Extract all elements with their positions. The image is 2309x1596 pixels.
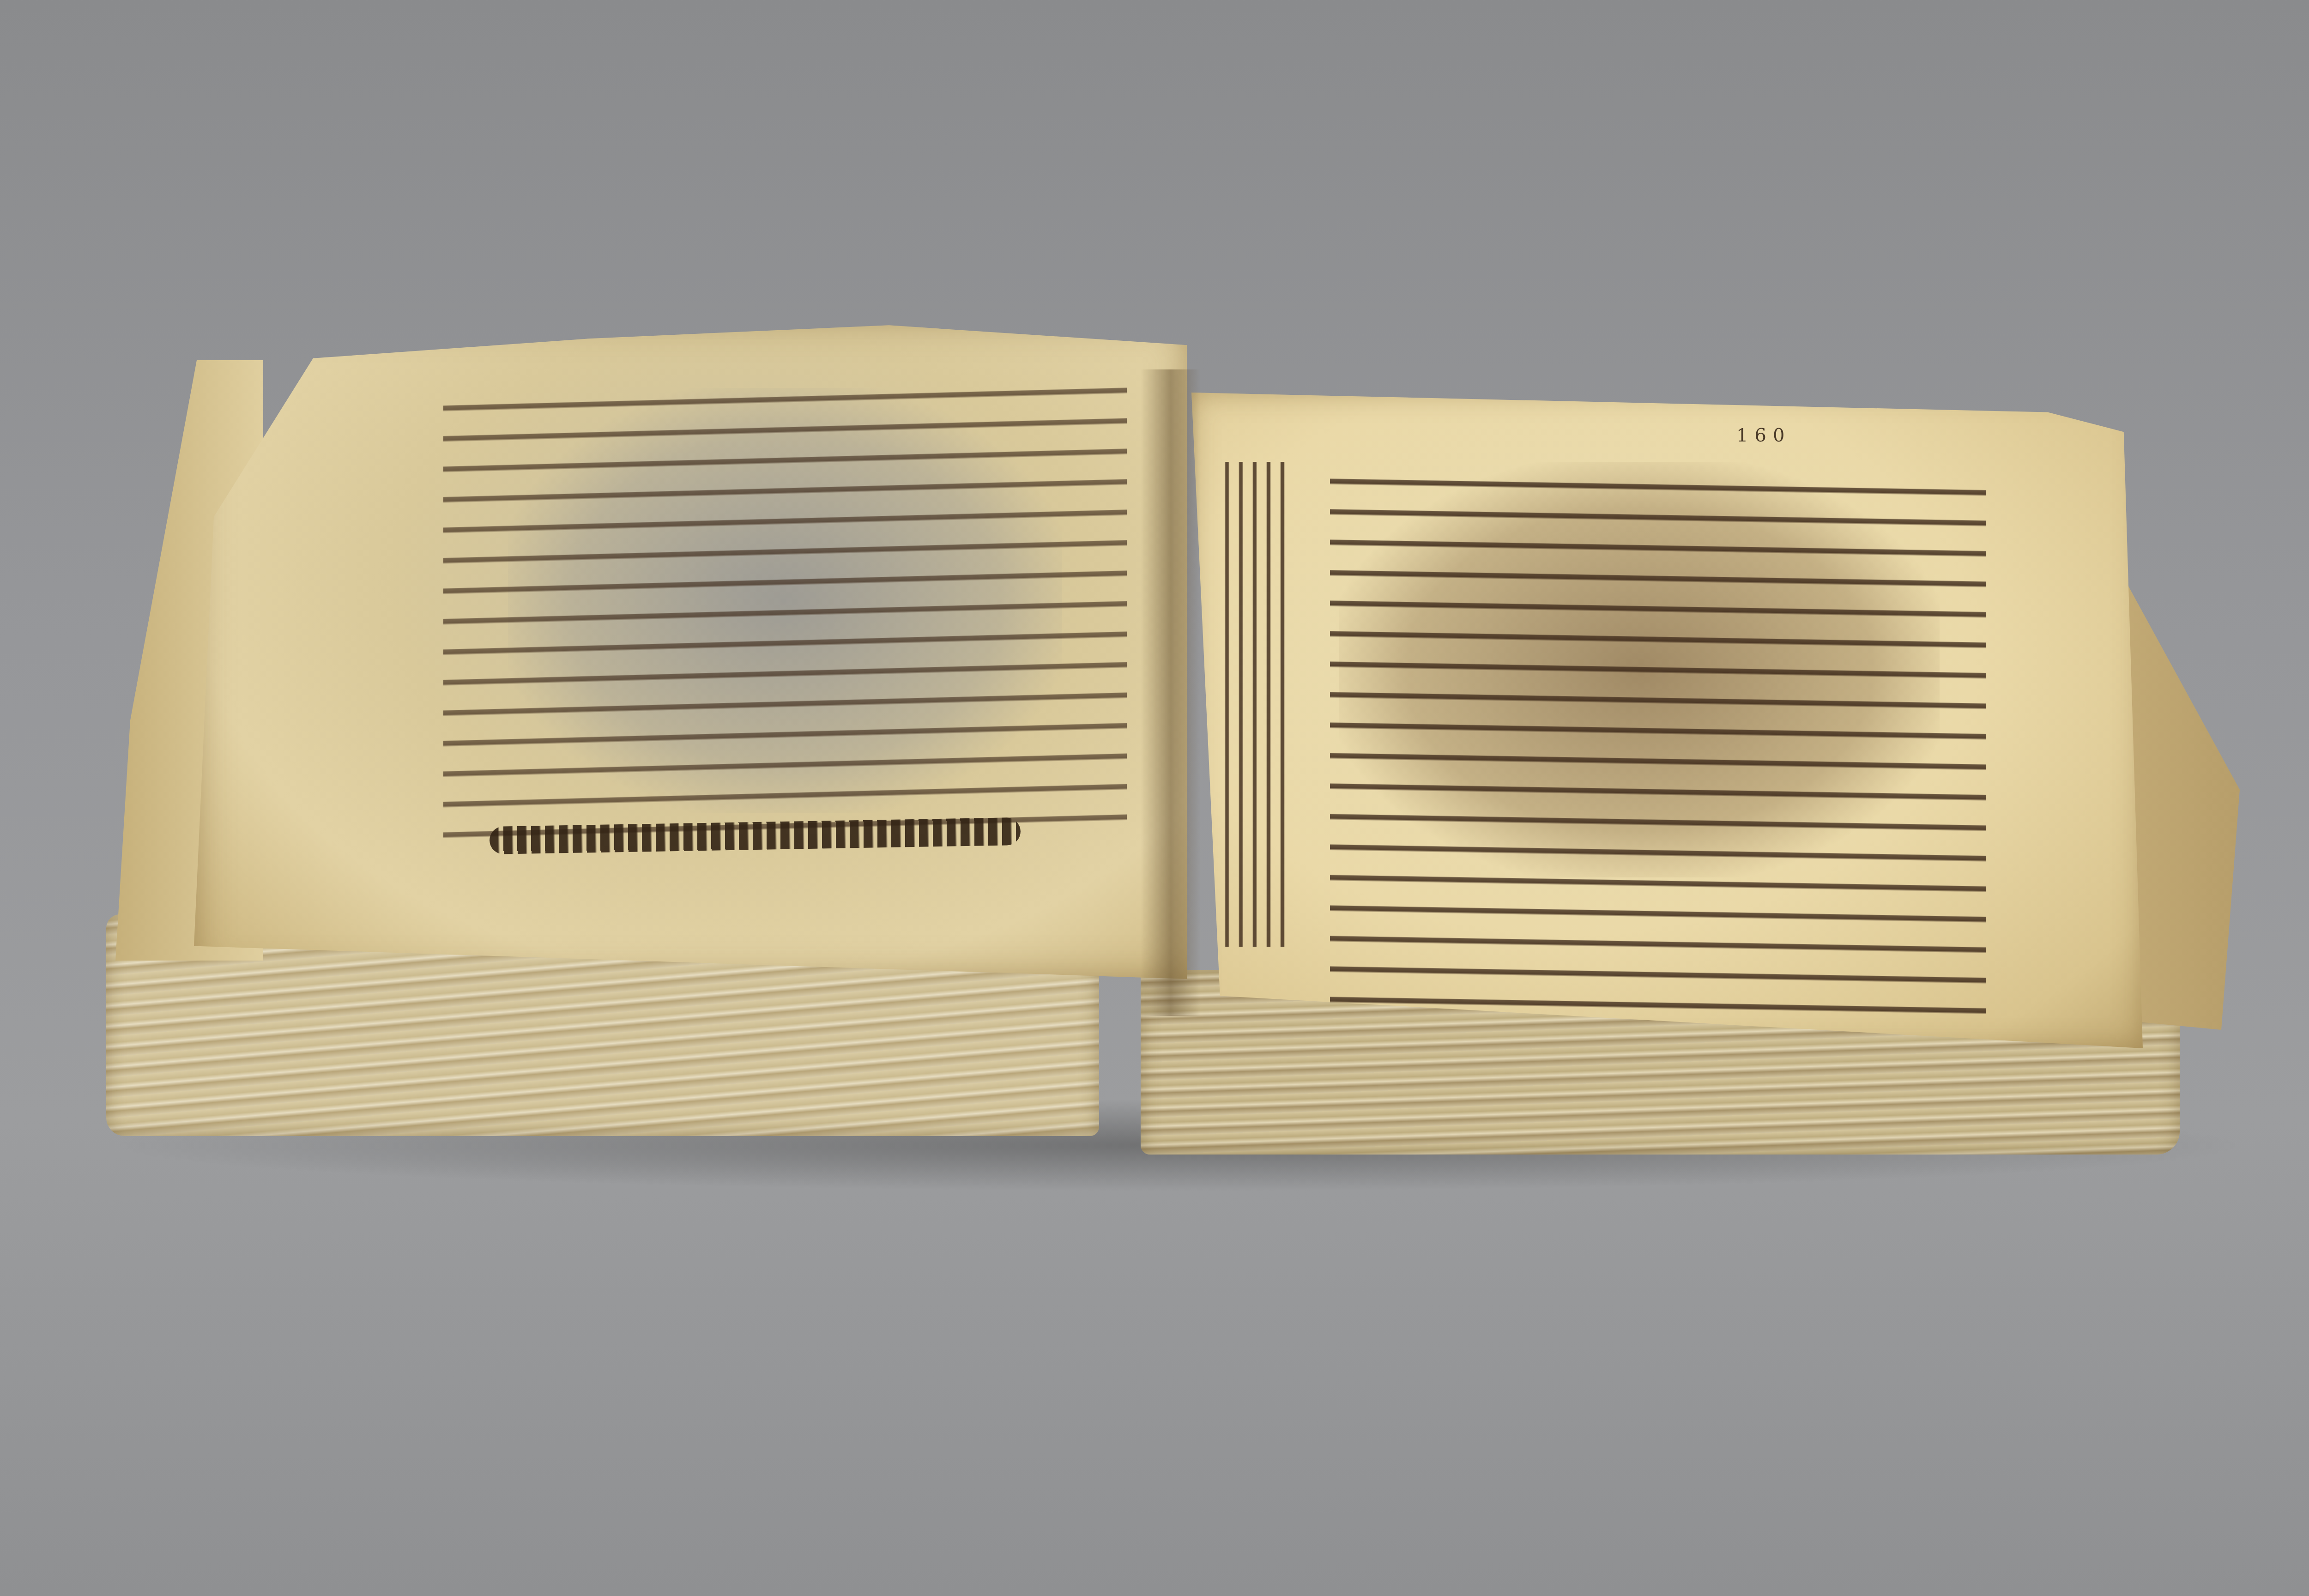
book-gutter xyxy=(1141,369,1201,1016)
photo-scene: 160 xyxy=(0,0,2309,1596)
right-page-margin-notes xyxy=(1219,462,1288,947)
right-page-handwriting xyxy=(1330,461,1986,1036)
page-number: 160 xyxy=(1736,425,1791,446)
left-page-handwriting xyxy=(443,370,1127,840)
